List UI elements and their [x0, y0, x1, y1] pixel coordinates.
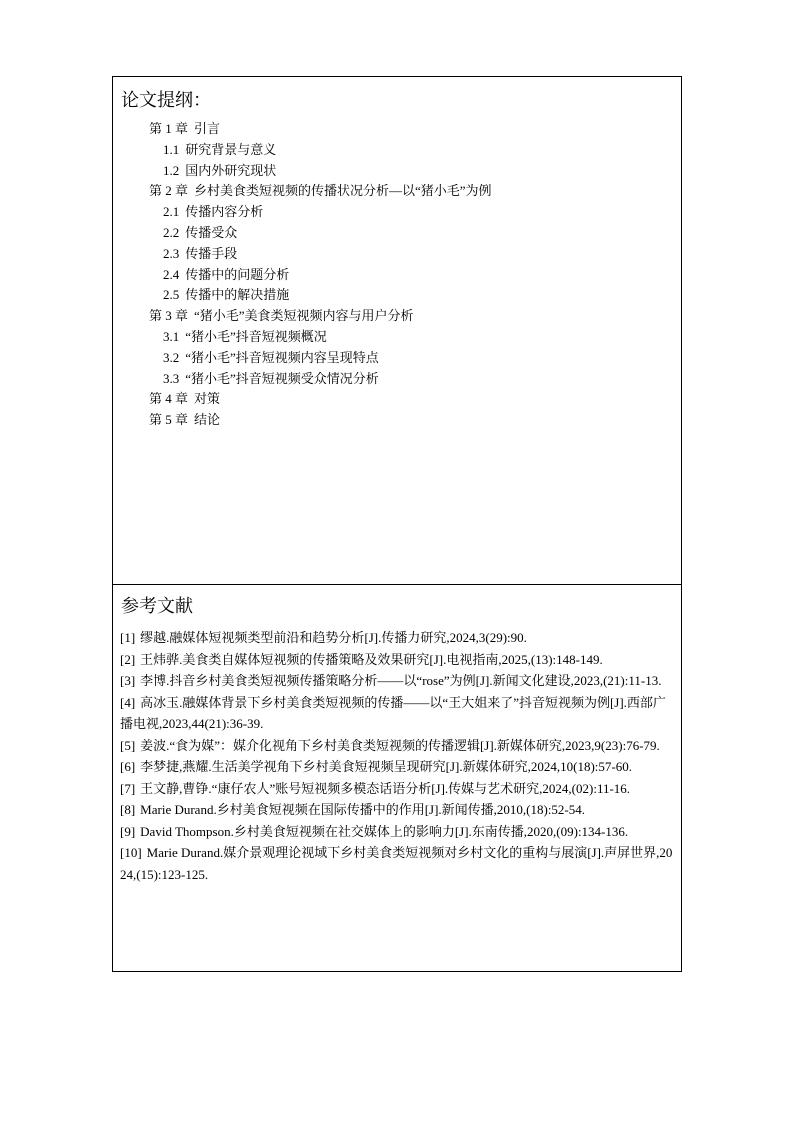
outline-chapter: 第 1 章引言 [113, 119, 492, 140]
outline-text: “猪小毛”抖音短视频受众情况分析 [185, 371, 379, 386]
outline-num: 第 4 章 [149, 389, 188, 410]
reference-item: [9]David Thompson.乡村美食短视频在社交媒体上的影响力[J].东… [120, 821, 676, 843]
outline-list: 第 1 章引言 1.1研究背景与意义 1.2国内外研究现状 第 2 章乡村美食类… [113, 119, 492, 431]
outline-text: 对策 [194, 391, 220, 406]
reference-num: [10] [120, 845, 142, 860]
reference-item: [7]王文静,曹铮.“康仔农人”账号短视频多模态话语分析[J].传媒与艺术研究,… [120, 778, 676, 800]
outline-num: 2.1 [163, 202, 179, 223]
outline-num: 第 3 章 [149, 306, 188, 327]
outline-text: 乡村美食类短视频的传播状况分析—以“猪小毛”为例 [194, 183, 492, 198]
outline-num: 1.1 [163, 140, 179, 161]
outline-section: 2.2传播受众 [113, 223, 492, 244]
outline-section: 2.3传播手段 [113, 244, 492, 265]
reference-num: [2] [120, 652, 135, 667]
reference-text: 王文静,曹铮.“康仔农人”账号短视频多模态话语分析[J].传媒与艺术研究,202… [140, 781, 630, 796]
outline-text: “猪小毛”美食类短视频内容与用户分析 [194, 308, 414, 323]
reference-text: David Thompson.乡村美食短视频在社交媒体上的影响力[J].东南传播… [140, 824, 628, 839]
outline-section: 1.1研究背景与意义 [113, 140, 492, 161]
outline-text: 传播受众 [185, 225, 237, 240]
outline-num: 2.3 [163, 244, 179, 265]
outline-section: 2.4传播中的问题分析 [113, 265, 492, 286]
outline-chapter: 第 5 章结论 [113, 410, 492, 431]
reference-num: [6] [120, 759, 135, 774]
reference-item: [3]李博.抖音乡村美食类短视频传播策略分析——以“rose”为例[J].新闻文… [120, 670, 676, 692]
reference-item: [5]姜波.“食为媒”：媒介化视角下乡村美食类短视频的传播逻辑[J].新媒体研究… [120, 735, 676, 757]
outline-section: 2.5传播中的解决措施 [113, 285, 492, 306]
outline-text: “猪小毛”抖音短视频概况 [185, 329, 327, 344]
reference-text: 李博.抖音乡村美食类短视频传播策略分析——以“rose”为例[J].新闻文化建设… [140, 673, 661, 688]
outline-text: 传播手段 [185, 246, 237, 261]
outline-section: 2.1传播内容分析 [113, 202, 492, 223]
reference-num: [9] [120, 824, 135, 839]
outline-cell: 论文提纲： 第 1 章引言 1.1研究背景与意义 1.2国内外研究现状 第 2 … [113, 77, 681, 585]
outline-num: 2.5 [163, 285, 179, 306]
outline-text: 传播内容分析 [185, 204, 263, 219]
reference-text: 王炜骅.美食类自媒体短视频的传播策略及效果研究[J].电视指南,2025,(13… [140, 652, 603, 667]
references-cell: 参考文献 [1]缪越.融媒体短视频类型前沿和趋势分析[J].传播力研究,2024… [113, 585, 681, 971]
reference-text: Marie Durand.乡村美食短视频在国际传播中的作用[J].新闻传播,20… [140, 802, 585, 817]
reference-num: [8] [120, 802, 135, 817]
outline-num: 1.2 [163, 161, 179, 182]
outline-num: 第 2 章 [149, 181, 188, 202]
outline-section: 3.1“猪小毛”抖音短视频概况 [113, 327, 492, 348]
outline-num: 3.1 [163, 327, 179, 348]
reference-item: [10]Marie Durand.媒介景观理论视域下乡村美食类短视频对乡村文化的… [120, 842, 676, 885]
reference-item: [2]王炜骅.美食类自媒体短视频的传播策略及效果研究[J].电视指南,2025,… [120, 649, 676, 671]
outline-text: 引言 [194, 121, 220, 136]
outline-num: 2.2 [163, 223, 179, 244]
reference-text: 姜波.“食为媒”：媒介化视角下乡村美食类短视频的传播逻辑[J].新媒体研究,20… [140, 738, 660, 753]
reference-num: [1] [120, 630, 135, 645]
reference-text: 高冰玉.融媒体背景下乡村美食类短视频的传播——以“王大姐来了”抖音短视频为例[J… [120, 695, 666, 732]
reference-num: [3] [120, 673, 135, 688]
reference-text: 李梦捷,燕耀.生活美学视角下乡村美食短视频呈现研究[J].新媒体研究,2024,… [140, 759, 632, 774]
outline-text: 传播中的解决措施 [185, 287, 289, 302]
outline-section: 3.2“猪小毛”抖音短视频内容呈现特点 [113, 348, 492, 369]
reference-num: [4] [120, 695, 135, 710]
outline-section: 3.3“猪小毛”抖音短视频受众情况分析 [113, 369, 492, 390]
reference-item: [1]缪越.融媒体短视频类型前沿和趋势分析[J].传播力研究,2024,3(29… [120, 627, 676, 649]
reference-item: [6]李梦捷,燕耀.生活美学视角下乡村美食短视频呈现研究[J].新媒体研究,20… [120, 756, 676, 778]
outline-text: 传播中的问题分析 [185, 267, 289, 282]
reference-text: 缪越.融媒体短视频类型前沿和趋势分析[J].传播力研究,2024,3(29):9… [140, 630, 527, 645]
reference-num: [5] [120, 738, 135, 753]
outline-chapter: 第 4 章对策 [113, 389, 492, 410]
reference-text: Marie Durand.媒介景观理论视域下乡村美食类短视频对乡村文化的重构与展… [120, 845, 672, 882]
outline-text: “猪小毛”抖音短视频内容呈现特点 [185, 350, 379, 365]
outline-text: 国内外研究现状 [185, 163, 276, 178]
outline-text: 研究背景与意义 [185, 142, 276, 157]
outline-chapter: 第 2 章乡村美食类短视频的传播状况分析—以“猪小毛”为例 [113, 181, 492, 202]
outline-num: 3.2 [163, 348, 179, 369]
reference-item: [4]高冰玉.融媒体背景下乡村美食类短视频的传播——以“王大姐来了”抖音短视频为… [120, 692, 676, 735]
outline-title: 论文提纲： [121, 89, 211, 111]
outline-text: 结论 [194, 412, 220, 427]
outline-section: 1.2国内外研究现状 [113, 161, 492, 182]
outline-num: 第 5 章 [149, 410, 188, 431]
outline-chapter: 第 3 章“猪小毛”美食类短视频内容与用户分析 [113, 306, 492, 327]
references-title: 参考文献 [121, 595, 193, 617]
reference-item: [8]Marie Durand.乡村美食短视频在国际传播中的作用[J].新闻传播… [120, 799, 676, 821]
outline-num: 2.4 [163, 265, 179, 286]
reference-num: [7] [120, 781, 135, 796]
reference-list: [1]缪越.融媒体短视频类型前沿和趋势分析[J].传播力研究,2024,3(29… [120, 627, 676, 885]
outline-num: 第 1 章 [149, 119, 188, 140]
outline-num: 3.3 [163, 369, 179, 390]
thesis-form-table: 论文提纲： 第 1 章引言 1.1研究背景与意义 1.2国内外研究现状 第 2 … [112, 76, 682, 972]
